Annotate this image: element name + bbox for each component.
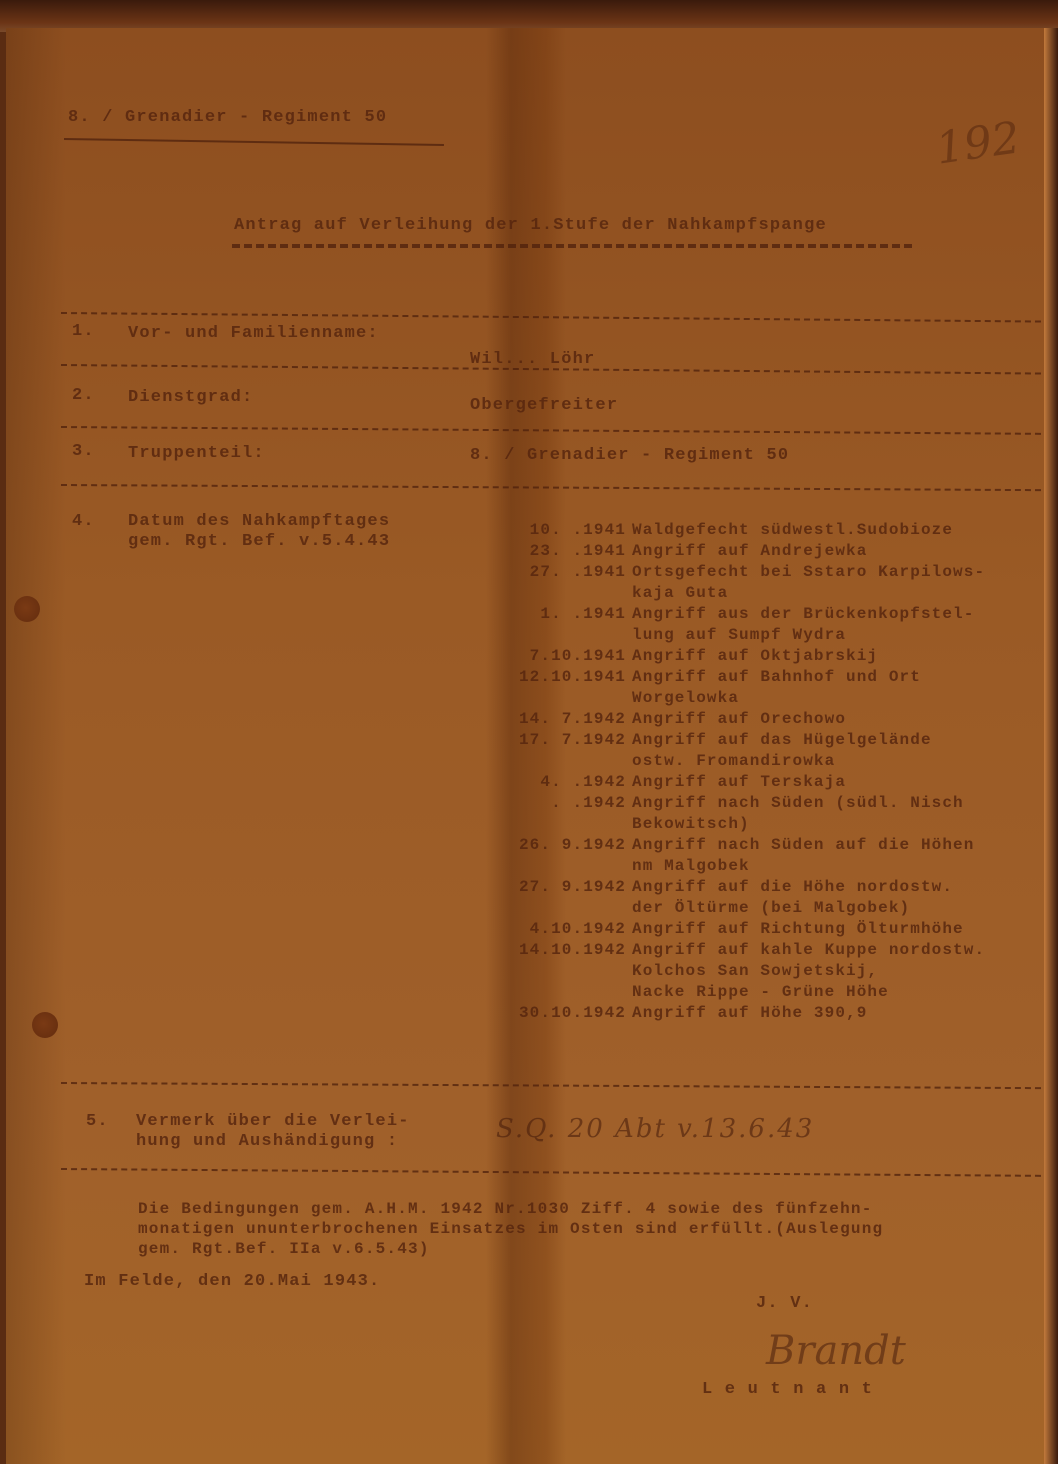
combat-day-entry: 17. 7.1942Angriff auf das Hügelgelände o…	[476, 730, 1056, 772]
combat-day-entry: 27. .1941Ortsgefecht bei Sstaro Karpilow…	[476, 562, 1056, 604]
combat-day-description: Angriff auf Orechowo	[632, 709, 1056, 730]
combat-day-entry: 12.10.1941Angriff auf Bahnhof und Ort Wo…	[476, 667, 1056, 709]
combat-day-entry: 4.10.1942Angriff auf Richtung Ölturmhöhe	[476, 919, 1056, 940]
combat-day-date: 26. 9.1942	[476, 835, 632, 877]
combat-day-description: Angriff auf die Höhe nordostw. der Öltür…	[632, 877, 1056, 919]
field-2-label: Dienstgrad:	[128, 388, 253, 407]
combat-day-entry: 14.10.1942Angriff auf kahle Kuppe nordos…	[476, 940, 1056, 1003]
combat-day-entry: 27. 9.1942Angriff auf die Höhe nordostw.…	[476, 877, 1056, 919]
conditions-line-1: Die Bedingungen gem. A.H.M. 1942 Nr.1030…	[138, 1200, 873, 1218]
combat-day-description: Angriff auf das Hügelgelände ostw. Froma…	[632, 730, 1056, 772]
unit-heading: 8. / Grenadier - Regiment 50	[68, 108, 387, 127]
combat-day-date: 10. .1941	[476, 520, 632, 541]
combat-day-date: . .1942	[476, 793, 632, 835]
combat-day-entry: 7.10.1941Angriff auf Oktjabrskij	[476, 646, 1056, 667]
combat-day-date: 4. .1942	[476, 772, 632, 793]
combat-day-description: Angriff nach Süden (südl. Nisch Bekowits…	[632, 793, 1056, 835]
combat-day-date: 14. 7.1942	[476, 709, 632, 730]
combat-day-entry: 23. .1941Angriff auf Andrejewka	[476, 541, 1056, 562]
combat-day-entry: 14. 7.1942Angriff auf Orechowo	[476, 709, 1056, 730]
combat-day-description: Angriff auf Terskaja	[632, 772, 1056, 793]
combat-day-description: Angriff nach Süden auf die Höhen nm Malg…	[632, 835, 1056, 877]
combat-day-date: 14.10.1942	[476, 940, 632, 1003]
field-2-value-rank: Obergefreiter	[470, 396, 618, 415]
combat-day-description: Angriff aus der Brückenkopfstel- lung au…	[632, 604, 1056, 646]
combat-day-date: 4.10.1942	[476, 919, 632, 940]
field-4-label-line2: gem. Rgt. Bef. v.5.4.43	[128, 532, 390, 551]
combat-day-entry: 1. .1941Angriff aus der Brückenkopfstel-…	[476, 604, 1056, 646]
handwritten-signature: Brandt	[766, 1328, 906, 1374]
combat-day-date: 1. .1941	[476, 604, 632, 646]
conditions-line-3: gem. Rgt.Bef. IIa v.6.5.43)	[138, 1240, 430, 1258]
combat-day-description: Angriff auf kahle Kuppe nordostw. Kolcho…	[632, 940, 1056, 1003]
combat-day-entry: 4. .1942Angriff auf Terskaja	[476, 772, 1056, 793]
field-5-label-line1: Vermerk über die Verlei-	[136, 1112, 410, 1131]
field-1-number: 1.	[72, 322, 95, 341]
combat-day-date: 27. 9.1942	[476, 877, 632, 919]
combat-day-description: Angriff auf Andrejewka	[632, 541, 1056, 562]
punch-hole-lower	[32, 1012, 58, 1038]
field-4-number: 4.	[72, 512, 95, 531]
combat-day-entry: 26. 9.1942Angriff nach Süden auf die Höh…	[476, 835, 1056, 877]
signature-prefix: J. V.	[756, 1294, 813, 1313]
field-3-number: 3.	[72, 442, 95, 461]
table-rule-6	[61, 1168, 1041, 1177]
table-rule-4	[61, 484, 1041, 491]
field-4-label-line1: Datum des Nahkampftages	[128, 512, 390, 531]
combat-day-date: 7.10.1941	[476, 646, 632, 667]
conditions-line-2: monatigen ununterbrochenen Einsatzes im …	[138, 1220, 883, 1238]
punch-hole-upper	[14, 596, 40, 622]
combat-days-list: 10. .1941Waldgefecht südwestl.Sudobioze2…	[476, 520, 1056, 1024]
document-page: 8. / Grenadier - Regiment 50 192 Antrag …	[6, 28, 1046, 1464]
field-3-label: Truppenteil:	[128, 444, 265, 463]
document-title: Antrag auf Verleihung der 1.Stufe der Na…	[234, 216, 827, 235]
combat-day-date: 23. .1941	[476, 541, 632, 562]
combat-day-description: Ortsgefecht bei Sstaro Karpilows- kaja G…	[632, 562, 1056, 604]
field-5-handwritten-note: S.Q. 20 Abt v.13.6.43	[496, 1114, 814, 1144]
field-2-number: 2.	[72, 386, 95, 405]
field-5-number: 5.	[86, 1112, 109, 1131]
title-underline	[232, 244, 912, 248]
field-3-value-unit: 8. / Grenadier - Regiment 50	[470, 446, 789, 465]
unit-underline	[64, 138, 444, 146]
table-rule-1	[61, 312, 1041, 323]
field-1-value-name: Wil... Löhr	[470, 350, 595, 369]
frame-edge-right	[1044, 28, 1058, 1464]
table-rule-5	[61, 1082, 1041, 1089]
combat-day-description: Waldgefecht südwestl.Sudobioze	[632, 520, 1056, 541]
combat-day-date: 27. .1941	[476, 562, 632, 604]
combat-day-entry: . .1942Angriff nach Süden (südl. Nisch B…	[476, 793, 1056, 835]
combat-day-date: 30.10.1942	[476, 1003, 632, 1024]
field-5-label-line2: hung und Aushändigung :	[136, 1132, 398, 1151]
handwritten-folio-number: 192	[933, 112, 1023, 174]
combat-day-description: Angriff auf Oktjabrskij	[632, 646, 1056, 667]
place-and-date: Im Felde, den 20.Mai 1943.	[84, 1272, 380, 1291]
field-1-label: Vor- und Familienname:	[128, 324, 379, 343]
combat-day-description: Angriff auf Bahnhof und Ort Worgelowka	[632, 667, 1056, 709]
combat-day-description: Angriff auf Höhe 390,9	[632, 1003, 1056, 1024]
combat-day-date: 12.10.1941	[476, 667, 632, 709]
table-rule-3	[61, 426, 1041, 435]
combat-day-description: Angriff auf Richtung Ölturmhöhe	[632, 919, 1056, 940]
combat-day-entry: 30.10.1942Angriff auf Höhe 390,9	[476, 1003, 1056, 1024]
combat-day-entry: 10. .1941Waldgefecht südwestl.Sudobioze	[476, 520, 1056, 541]
combat-day-date: 17. 7.1942	[476, 730, 632, 772]
signature-rank: L e u t n a n t	[702, 1380, 873, 1399]
